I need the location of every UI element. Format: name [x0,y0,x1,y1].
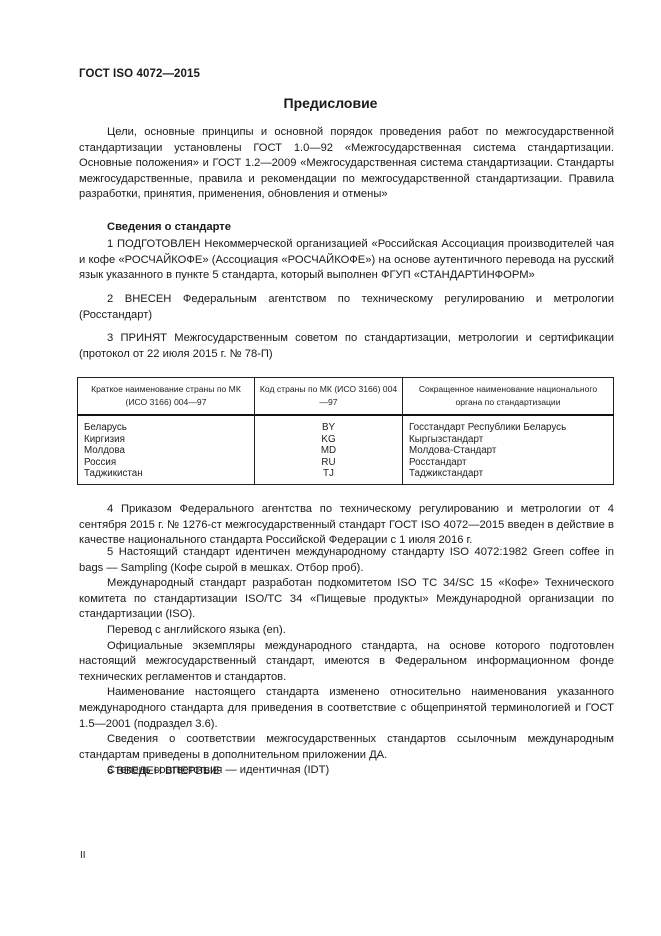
row-country-code: TJ [255,468,403,484]
item-6-paragraph: 6 ВВЕДЕН ВПЕРВЫЕ [79,764,614,780]
table-row: МолдоваMDМолдова-Стандарт [78,445,614,457]
table-header-row: Краткое наименование страны по МК (ИСО 3… [78,378,614,416]
row-country-code: KG [255,434,403,446]
row-country-code: RU [255,457,403,469]
item-3-paragraph: 3 ПРИНЯТ Межгосударственным советом по с… [79,331,614,362]
page-title: Предисловие [0,95,661,111]
row-country-code: MD [255,445,403,457]
member-states-table: Краткое наименование страны по МК (ИСО 3… [77,377,614,485]
item-5-translation-paragraph: Перевод с английского языка (en). [79,623,614,639]
item-5-developer-paragraph: Международный стандарт разработан подком… [79,576,614,623]
item-1-block: 1 ПОДГОТОВЛЕН Некоммерческой организацие… [79,237,614,284]
intro-paragraph: Цели, основные принципы и основной поряд… [79,125,614,203]
header-country-name: Краткое наименование страны по МК (ИСО 3… [78,378,255,416]
section-heading-block: Сведения о стандарте [79,220,614,236]
table-body: БеларусьBYГосстандарт Республики Беларус… [78,415,614,484]
item-4-paragraph: 4 Приказом Федерального агентства по тех… [79,502,614,549]
row-country-name: Россия [78,457,255,469]
row-country-name: Таджикистан [78,468,255,484]
header-standards-body: Сокращенное наименование национального о… [403,378,614,416]
row-country-name: Киргизия [78,434,255,446]
item-5-name-change-paragraph: Наименование настоящего стандарта измене… [79,685,614,732]
item-2-paragraph: 2 ВНЕСЕН Федеральным агентством по техни… [79,292,614,323]
item-6-block: 6 ВВЕДЕН ВПЕРВЫЕ [79,764,614,780]
row-standards-body: Молдова-Стандарт [403,445,614,457]
row-country-name: Беларусь [78,415,255,434]
item-3-block: 3 ПРИНЯТ Межгосударственным советом по с… [79,331,614,362]
item-1-paragraph: 1 ПОДГОТОВЛЕН Некоммерческой организацие… [79,237,614,284]
item-2-block: 2 ВНЕСЕН Федеральным агентством по техни… [79,292,614,323]
item-5-copies-paragraph: Официальные экземпляры международного ст… [79,639,614,686]
item-5-correspondence-paragraph: Сведения о соответствии межгосударственн… [79,732,614,763]
row-country-code: BY [255,415,403,434]
intro-block: Цели, основные принципы и основной поряд… [79,125,614,203]
document-page: ГОСТ ISO 4072—2015 Предисловие Цели, осн… [0,0,661,936]
row-standards-body: Кыргызстандарт [403,434,614,446]
table-row: РоссияRUРосстандарт [78,457,614,469]
row-standards-body: Таджикстандарт [403,468,614,484]
row-standards-body: Росстандарт [403,457,614,469]
row-country-name: Молдова [78,445,255,457]
item-5-paragraph: 5 Настоящий стандарт идентичен междунаро… [79,545,614,576]
table-row: КиргизияKGКыргызстандарт [78,434,614,446]
item-5-block: 5 Настоящий стандарт идентичен междунаро… [79,545,614,779]
table-row: ТаджикистанTJТаджикстандарт [78,468,614,484]
item-4-block: 4 Приказом Федерального агентства по тех… [79,502,614,549]
table-row: БеларусьBYГосстандарт Республики Беларус… [78,415,614,434]
page-number: II [80,850,86,861]
section-heading: Сведения о стандарте [79,220,614,236]
running-head: ГОСТ ISO 4072—2015 [79,68,200,80]
row-standards-body: Госстандарт Республики Беларусь [403,415,614,434]
header-country-code: Код страны по МК (ИСО 3166) 004—97 [255,378,403,416]
